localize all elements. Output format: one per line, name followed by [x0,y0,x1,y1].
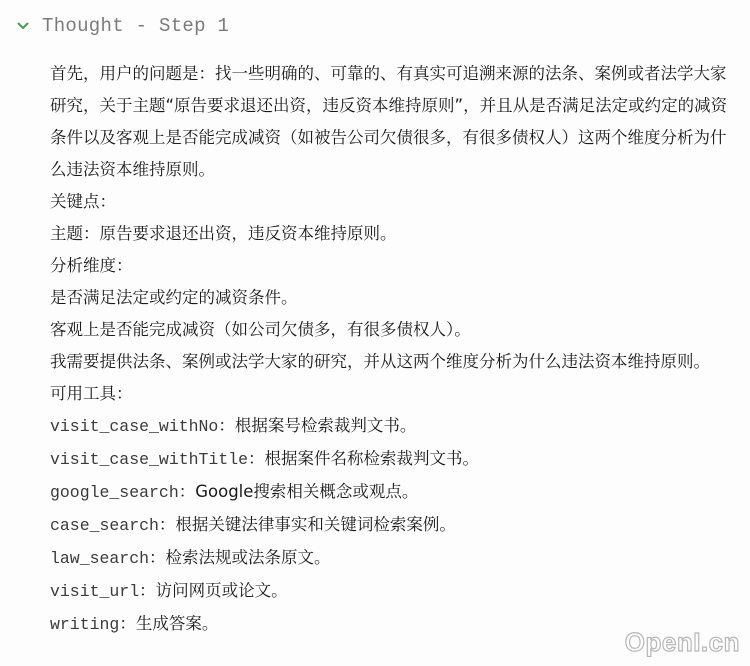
tool-name: visit_case_withTitle [50,450,248,469]
tool-name: writing [50,615,119,634]
tool-desc: ：根据案件名称检索裁判文书。 [248,449,479,468]
dimension-2: 客观上是否能完成减资（如公司欠债多，有很多债权人）。 [50,314,740,346]
dimension-1: 是否满足法定或约定的减资条件。 [50,282,740,314]
tool-name: visit_case_withNo [50,417,218,436]
tool-name: visit_url [50,582,139,601]
thought-content: 首先，用户的问题是：找一些明确的、可靠的、有真实可追溯来源的法条、案例或者法学大… [50,58,740,641]
tool-desc: ：Google搜索相关概念或观点。 [179,482,419,501]
tool-item: visit_case_withNo：根据案号检索裁判文书。 [50,410,740,443]
tool-desc: ：根据案号检索裁判文书。 [218,416,416,435]
tool-name: google_search [50,483,179,502]
tool-item: case_search：根据关键法律事实和关键词检索案例。 [50,509,740,542]
tool-item: visit_case_withTitle：根据案件名称检索裁判文书。 [50,443,740,476]
tool-desc: ：生成答案。 [119,614,218,633]
dimensions-label: 分析维度： [50,250,740,282]
topic-line: 主题：原告要求退还出资，违反资本维持原则。 [50,218,740,250]
thought-step-toggle[interactable]: Thought - Step 1 [14,10,229,42]
tools-label: 可用工具： [50,378,740,410]
tool-desc: ：检索法规或法条原文。 [149,548,331,567]
tool-name: law_search [50,549,149,568]
intro-paragraph: 首先，用户的问题是：找一些明确的、可靠的、有真实可追溯来源的法条、案例或者法学大… [50,58,740,186]
tool-item: google_search：Google搜索相关概念或观点。 [50,476,740,509]
tool-item: visit_url：访问网页或论文。 [50,575,740,608]
key-points-label: 关键点： [50,186,740,218]
tool-item: law_search：检索法规或法条原文。 [50,542,740,575]
watermark-logo: OpenI.cn [625,627,740,658]
chevron-down-icon [14,17,32,35]
tool-desc: ：根据关键法律事实和关键词检索案例。 [159,515,456,534]
thought-step-title: Thought - Step 1 [42,15,229,37]
tool-desc: ：访问网页或论文。 [139,581,288,600]
plan-paragraph: 我需要提供法条、案例或法学大家的研究，并从这两个维度分析为什么违法资本维持原则。 [50,346,740,378]
tool-name: case_search [50,516,159,535]
